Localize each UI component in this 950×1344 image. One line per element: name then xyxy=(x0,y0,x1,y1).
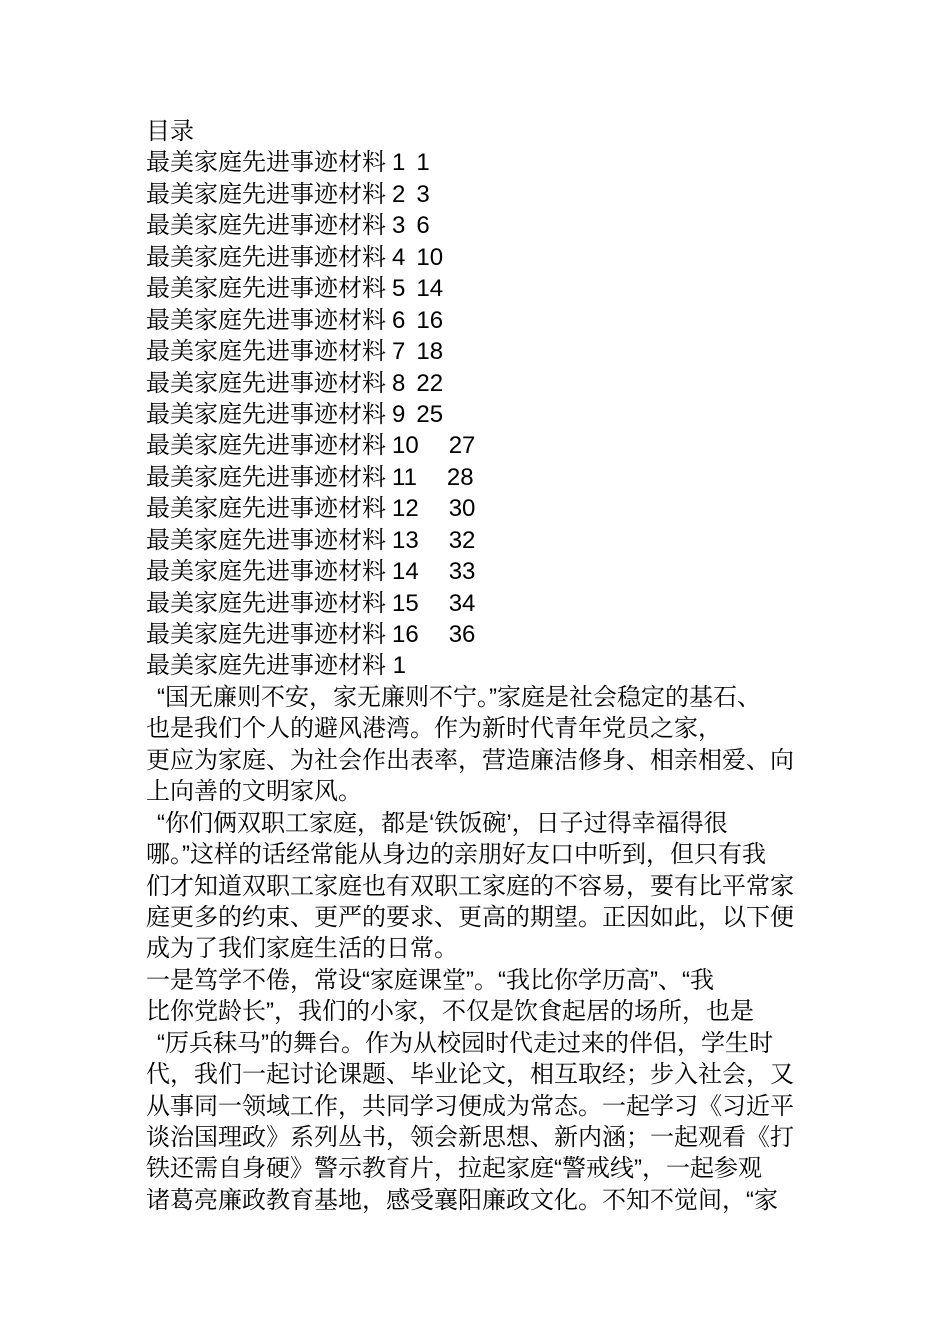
body-line: 谈治国理政》系列丛书，领会新思想、新内涵；一起观看《打 xyxy=(146,1122,836,1153)
toc-entry: 最美家庭先进事迹材料1433 xyxy=(146,556,836,587)
body-line: 哪。”这样的话经常能从身边的亲朋好友口中听到，但只有我 xyxy=(146,839,836,870)
body-line: 代，我们一起讨论课题、毕业论文，相互取经；步入社会，又 xyxy=(146,1059,836,1090)
toc-entry-page-number: 27 xyxy=(449,432,476,459)
toc-entry-number: 15 xyxy=(392,590,419,617)
body-line: “厉兵秣马”的舞台。作为从校园时代走过来的伴侣，学生时 xyxy=(146,1028,836,1059)
document-content: 目录 最美家庭先进事迹材料11最美家庭先进事迹材料23最美家庭先进事迹材料36最… xyxy=(146,116,836,1216)
toc-entry-page-number: 30 xyxy=(449,495,476,522)
toc-entry-number: 1 xyxy=(392,149,405,176)
toc-title: 目录 xyxy=(146,116,836,147)
toc-entry: 最美家庭先进事迹材料23 xyxy=(146,179,836,210)
toc-entry-number: 10 xyxy=(392,432,419,459)
toc-entry-label: 最美家庭先进事迹材料 xyxy=(146,307,386,334)
toc-entry-number: 14 xyxy=(392,558,419,585)
toc-entry-number: 12 xyxy=(392,495,419,522)
toc-entry-label: 最美家庭先进事迹材料 xyxy=(146,370,386,397)
toc-entry-page-number: 14 xyxy=(416,275,443,302)
toc-entry-number: 4 xyxy=(392,244,405,271)
toc-entry-number: 9 xyxy=(392,401,405,428)
body-line: 诸葛亮廉政教育基地，感受襄阳廉政文化。不知不觉间，“家 xyxy=(146,1185,836,1216)
toc-entry-page-number: 18 xyxy=(416,338,443,365)
body-line: “国无廉则不安，家无廉则不宁。”家庭是社会稳定的基石、 xyxy=(146,682,836,713)
toc-entry: 最美家庭先进事迹材料925 xyxy=(146,399,836,430)
body-line: 比你党龄长”，我们的小家，不仅是饮食起居的场所，也是 xyxy=(146,996,836,1027)
toc-entry-number: 7 xyxy=(392,338,405,365)
toc-entry: 最美家庭先进事迹材料410 xyxy=(146,242,836,273)
toc-entry-page-number: 3 xyxy=(416,181,429,208)
body-line: 更应为家庭、为社会作出表率，营造廉洁修身、相亲相爱、向 xyxy=(146,745,836,776)
toc-entry: 最美家庭先进事迹材料514 xyxy=(146,273,836,304)
toc-entry: 最美家庭先进事迹材料1534 xyxy=(146,588,836,619)
body-line: 铁还需自身硬》警示教育片，拉起家庭“警戒线”，一起参观 xyxy=(146,1153,836,1184)
toc-entry-number: 11 xyxy=(392,464,417,491)
toc-entry-label: 最美家庭先进事迹材料 xyxy=(146,527,386,554)
toc-entry-label: 最美家庭先进事迹材料 xyxy=(146,621,386,648)
toc-entry-label: 最美家庭先进事迹材料 xyxy=(146,149,386,176)
toc-entry-label: 最美家庭先进事迹材料 xyxy=(146,464,386,491)
toc-entry-page-number: 22 xyxy=(416,370,443,397)
toc-entry-label: 最美家庭先进事迹材料 xyxy=(146,181,386,208)
toc-entry-label: 最美家庭先进事迹材料 xyxy=(146,212,386,239)
toc-entry: 最美家庭先进事迹材料36 xyxy=(146,210,836,241)
toc-entry-page-number: 28 xyxy=(447,464,474,491)
toc-entry-label: 最美家庭先进事迹材料 xyxy=(146,401,386,428)
toc-entry-number: 3 xyxy=(392,212,405,239)
toc-entry-number: 6 xyxy=(392,307,405,334)
toc-entry: 最美家庭先进事迹材料1332 xyxy=(146,525,836,556)
toc-entry-page-number: 32 xyxy=(449,527,476,554)
document-page: 目录 最美家庭先进事迹材料11最美家庭先进事迹材料23最美家庭先进事迹材料36最… xyxy=(0,0,950,1344)
toc-entry-page-number: 1 xyxy=(416,149,429,176)
body-line: 们才知道双职工家庭也有双职工家庭的不容易，要有比平常家 xyxy=(146,871,836,902)
section-heading: 最美家庭先进事迹材料 1 xyxy=(146,650,836,681)
toc-entry: 最美家庭先进事迹材料718 xyxy=(146,336,836,367)
toc-entry: 最美家庭先进事迹材料1027 xyxy=(146,430,836,461)
body-text: “国无廉则不安，家无廉则不宁。”家庭是社会稳定的基石、也是我们个人的避风港湾。作… xyxy=(146,682,836,1216)
toc-entry-number: 2 xyxy=(392,181,405,208)
toc-entry-number: 16 xyxy=(392,621,419,648)
toc-entry: 最美家庭先进事迹材料1230 xyxy=(146,493,836,524)
toc-entry: 最美家庭先进事迹材料616 xyxy=(146,305,836,336)
toc-entry-page-number: 6 xyxy=(416,212,429,239)
body-line: 也是我们个人的避风港湾。作为新时代青年党员之家， xyxy=(146,713,836,744)
toc-entry-number: 8 xyxy=(392,370,405,397)
body-line: 庭更多的约束、更严的要求、更高的期望。正因如此，以下便 xyxy=(146,902,836,933)
toc-entry-page-number: 34 xyxy=(449,590,476,617)
body-line: 一是笃学不倦，常设“家庭课堂”。“我比你学历高”、“我 xyxy=(146,965,836,996)
toc-entry-label: 最美家庭先进事迹材料 xyxy=(146,590,386,617)
toc-entry-label: 最美家庭先进事迹材料 xyxy=(146,558,386,585)
body-line: 上向善的文明家风。 xyxy=(146,776,836,807)
toc-entry-number: 13 xyxy=(392,527,419,554)
toc-entry-page-number: 10 xyxy=(416,244,443,271)
body-line: 成为了我们家庭生活的日常。 xyxy=(146,933,836,964)
toc-entry-label: 最美家庭先进事迹材料 xyxy=(146,338,386,365)
toc-entry-page-number: 36 xyxy=(449,621,476,648)
toc-entry-label: 最美家庭先进事迹材料 xyxy=(146,244,386,271)
toc-entry-page-number: 33 xyxy=(449,558,476,585)
toc-entry-list: 最美家庭先进事迹材料11最美家庭先进事迹材料23最美家庭先进事迹材料36最美家庭… xyxy=(146,147,836,650)
toc-entry: 最美家庭先进事迹材料1128 xyxy=(146,462,836,493)
toc-entry-label: 最美家庭先进事迹材料 xyxy=(146,432,386,459)
toc-entry-number: 5 xyxy=(392,275,405,302)
toc-entry-page-number: 25 xyxy=(416,401,443,428)
toc-entry: 最美家庭先进事迹材料822 xyxy=(146,368,836,399)
body-line: “你们俩双职工家庭，都是‘铁饭碗’，日子过得幸福得很 xyxy=(146,808,836,839)
toc-entry-page-number: 16 xyxy=(416,307,443,334)
toc-entry: 最美家庭先进事迹材料11 xyxy=(146,147,836,178)
toc-entry-label: 最美家庭先进事迹材料 xyxy=(146,275,386,302)
toc-entry: 最美家庭先进事迹材料1636 xyxy=(146,619,836,650)
body-line: 从事同一领域工作，共同学习便成为常态。一起学习《习近平 xyxy=(146,1091,836,1122)
toc-entry-label: 最美家庭先进事迹材料 xyxy=(146,495,386,522)
